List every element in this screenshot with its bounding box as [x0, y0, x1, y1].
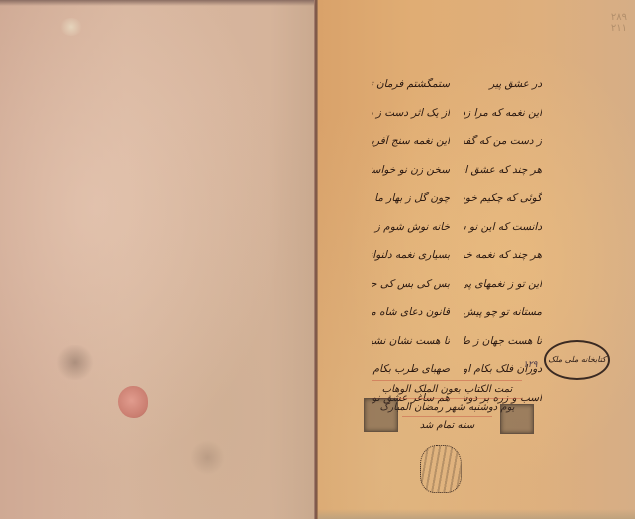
- hemistich-right: دانست که این نو ساز: [464, 221, 542, 233]
- ink-blot: [55, 345, 95, 380]
- hemistich-left: بس کی بس کی حکیم بس کن: [372, 278, 450, 290]
- library-oval-seal: کتابخانه ملی ملک: [544, 340, 610, 380]
- shelfmark-number: ۱۲۹: [523, 360, 538, 370]
- light-stain: [60, 18, 82, 36]
- colophon-line: تمت الکتاب بعون الملک الوهاب: [372, 380, 522, 398]
- hemistich-left: صهبای طرب بکام او باد: [372, 363, 450, 375]
- manuscript-spread: ۲۸۹ ۲۱۱ در عشق پیرستمگشتم فرمان تو بود ه…: [0, 0, 635, 519]
- hemistich-left: بسیاری نغمه دلنوازش است: [372, 249, 450, 261]
- hemistich-right: این تو ز نغمهای پی پرده: [464, 278, 542, 290]
- hemistich-left: تا هست نشان نشینند جام: [372, 335, 450, 347]
- hemistich-right: ز دست من که گفت دل است: [464, 135, 542, 147]
- hemistich-left: خانه نوش شوم ز شنید بازی: [372, 221, 450, 233]
- hemistich-right: این نغمه که مرا زدست رفت: [464, 107, 542, 119]
- hemistich-left: سخن زن نو خواستم زیر بگو: [372, 164, 450, 176]
- hemistich-right: هر چند که عشق است پر: [464, 164, 542, 176]
- verse-row: گوئی که چکیم خوب گفتیچون گل ز بهار ما شک…: [372, 184, 542, 213]
- verse-row: در عشق پیرستمگشتم فرمان تو بود هر چه کشت…: [372, 70, 542, 99]
- hemistich-right: مستانه تو چو پیش سخن ساز: [464, 306, 542, 318]
- square-seal-right: [500, 404, 534, 434]
- hemistich-right: تا هست جهان ز طرب نام: [464, 335, 542, 347]
- verse-row: تا هست جهان ز طرب نامتا هست نشان نشینند …: [372, 327, 542, 356]
- verse-block: در عشق پیرستمگشتم فرمان تو بود هر چه کشت…: [372, 70, 542, 412]
- left-page: [0, 0, 316, 519]
- verse-row: این تو ز نغمهای پی پردهبس کی بس کی حکیم …: [372, 270, 542, 299]
- verse-row: این نغمه که مرا زدست رفتاز یک اثر دست ز …: [372, 99, 542, 128]
- colophon-line: سنه تمام شد: [402, 416, 492, 434]
- hemistich-right: در عشق پیر: [464, 78, 542, 90]
- folio-number: ۲۸۹ ۲۱۱: [611, 12, 627, 34]
- hemistich-left: ستمگشتم فرمان تو بود هر چه کشتم: [372, 78, 450, 90]
- hemistich-right: هر چند که نغمه خوش: [464, 249, 542, 261]
- hemistich-left: از یک اثر دست ز دست: [372, 107, 450, 119]
- faint-offset-mark: [190, 440, 225, 475]
- hemistich-left: این نغمه سنج آفرین است: [372, 135, 450, 147]
- verse-row: ز دست من که گفت دل استاین نغمه سنج آفرین…: [372, 127, 542, 156]
- verse-row: هر چند که نغمه خوشبسیاری نغمه دلنوازش اس…: [372, 241, 542, 270]
- hemistich-right: گوئی که چکیم خوب گفتی: [464, 192, 542, 204]
- square-seal-left: [364, 398, 398, 432]
- verse-row: مستانه تو چو پیش سخن سازقانون دعای شاه م…: [372, 298, 542, 327]
- hemistich-left: قانون دعای شاه منزا: [372, 306, 450, 318]
- verse-row: هر چند که عشق است پرسخن زن نو خواستم زیر…: [372, 156, 542, 185]
- verse-row: دانست که این نو سازخانه نوش شوم ز شنید ب…: [372, 213, 542, 242]
- hemistich-left: چون گل ز بهار ما شکفتی: [372, 192, 450, 204]
- red-stain: [118, 386, 148, 418]
- tughra-seal: [420, 445, 462, 493]
